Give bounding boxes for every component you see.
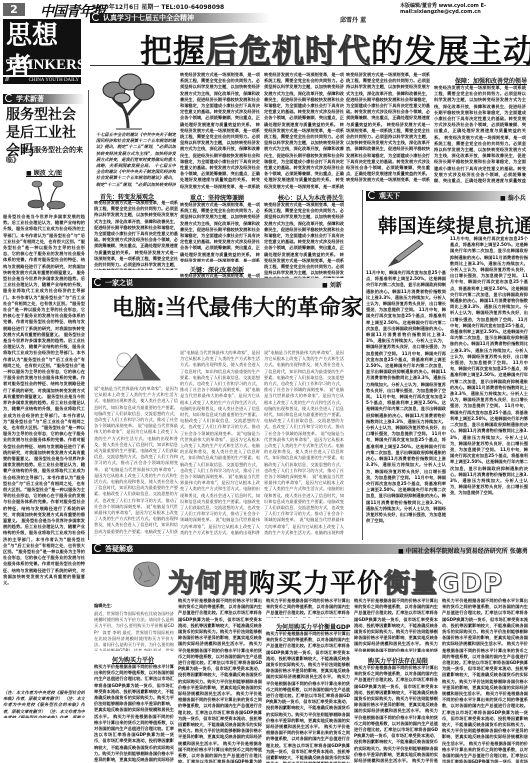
subhead: 核心：以人为本改善民生 [278, 193, 344, 202]
page-number: 2 [3, 3, 25, 16]
headline-rule [90, 65, 530, 66]
swirl-icon [94, 544, 102, 552]
column-rule [88, 90, 89, 540]
academic-subtitle: ——读《服务型社会的来临》 [6, 145, 90, 165]
section-nameplate: 思想者 THINKERS [3, 19, 81, 75]
paper-name-en: CHINA YOUTH DAILY [29, 78, 79, 83]
editor-contact-info: 本版编辑/董音秀 www.cyol.com E-mail:sixiangzhe@… [400, 2, 530, 15]
section-bar-top-feature: 认真学习十七届五中全会精神 [90, 13, 270, 23]
ppp-body: 购买力平价是根据各国不同的价格水平计算出来的货币之间的等值系数，以对各国的国内生… [178, 598, 262, 763]
section-label: 一家之说 [105, 279, 133, 287]
section-bar-opinion: 一家之说 [92, 278, 344, 288]
section-title-cn: 思想者 [6, 20, 81, 84]
computer-body: 说“电脑是当代世界最伟大的革命家”，是因为它从根本上改变了人类的生产方式和生活方… [264, 350, 344, 536]
korea-body: 11月中旬，韩国央行再次宣布加息25个基点，将基准利率上调至2.50%。这是韩国… [366, 270, 446, 540]
subhead: 保障：加强和改善党的领导 [455, 76, 527, 85]
tree-illustration [100, 70, 160, 130]
section-label: 学术新著 [16, 95, 44, 103]
ppp-headline: 为何用购买力平价衡量GDP [168, 563, 503, 600]
korea-headline: 韩国连续提息抗通胀 [378, 211, 530, 238]
paper-english-strip: ///// CHINA YOUTH DAILY [3, 77, 81, 84]
article-column: 转变经济发展方式是一场深刻变革，是一项系统工程，需要全党全社会的共同努力。必须坚… [264, 202, 344, 282]
swirl-icon [92, 13, 100, 21]
subhead: 何为购买力平价 [112, 655, 154, 664]
section-label: 认真学习十七届五中全会精神 [103, 14, 194, 22]
swirl-icon [368, 191, 376, 199]
article-column: 转变经济发展方式是一场深刻变革，是一项系统工程，需要全党全社会的共同努力。必须坚… [434, 85, 526, 183]
feature-intro: 十七届五中全会的建议《中共中央关于制定国民经济和社会发展第十二个五年规划的建议》… [96, 132, 176, 188]
section-label: 观天下 [379, 192, 400, 200]
computer-body: 说“电脑是当代世界最伟大的革命家”，是因为它从根本上改变了人类的生产方式和生活方… [180, 350, 260, 536]
ppp-body: 购买力平价是根据各国不同的价格水平计算出来的货币之间的等值系数，以对各国的国内生… [442, 598, 528, 763]
section-title-en: THINKERS [6, 57, 85, 74]
swirl-icon [5, 94, 13, 102]
slash-decoration-icon: ///// [5, 77, 8, 84]
globe-illustration [130, 560, 162, 588]
reader-label: 编辑先生： [94, 603, 174, 609]
academic-body: 服务型社会是当今世界许多国家发展的趋势。后工业社会理论认为，随着产业结构的升级，… [3, 214, 85, 684]
headline-outline-part: 为何用 [168, 569, 249, 599]
pencil-illustration [385, 238, 425, 268]
swirl-icon [94, 278, 102, 286]
article-column: 转变经济发展方式是一场深刻变革，是一项系统工程，需要全党全社会的共同努力。必须坚… [180, 202, 260, 262]
article-column: 转变经济发展方式是一场深刻变革，是一项系统工程，需要全党全社会的共同努力。必须坚… [94, 200, 178, 270]
byline: ■ 刘新 [322, 280, 342, 289]
byline: 邱雪丹 蓝 [340, 15, 366, 24]
column-rule [362, 190, 363, 540]
computer-body: 说“电脑是当代世界最伟大的革命家”，是因为它从根本上改变了人类的生产方式和生活方… [94, 386, 178, 536]
computer-headline: 电脑:当代最伟大的革命家 [112, 291, 363, 322]
section-bar-academic: 学术新著 [3, 94, 85, 104]
flower-illustration [28, 176, 68, 210]
byline: ■ 翁小兵 [500, 193, 526, 202]
article-column: 转变经济发展方式是一场深刻变革，是一项系统工程，需要全党全社会的共同努力。必须坚… [180, 72, 260, 190]
subhead: 购买力平价法存在局限 [368, 656, 428, 665]
academic-footnote: （注：本文作者为中央党校《服务型社会的来临》作者，原载文章有删节） （注：本文作… [3, 690, 85, 718]
article-column: 转变经济发展方式是一场深刻变革，是一项系统工程，需要全党全社会的共同努力。必须坚… [346, 72, 430, 182]
mountain-illustration [110, 350, 164, 382]
subhead: 重点：坚持统筹兼顾 [190, 193, 244, 202]
article-column: 转变经济发展方式是一场深刻变革，是一项系统工程，需要全党全社会的共同努力。必须坚… [264, 72, 344, 190]
ppp-body: 购买力平价是根据各国不同的价格水平计算出来的货币之间的等值系数，以对各国的国内生… [354, 598, 438, 652]
korea-body: 11月中旬，韩国央行再次宣布加息25个基点，将基准利率上调至2.50%。这是韩国… [450, 236, 528, 540]
byline: ■ 中国社会科学院财政与贸易经济研究所 张德勇 [398, 546, 528, 555]
reader-question: 最近，世界银行等国际机构在比较各国经济规模时使用购买力平价方法。请问什么是购买力… [94, 611, 174, 651]
date-line: 2010年12月6日 星期一 TEL:010-64098098 [92, 2, 224, 11]
ppp-body: 购买力平价是根据各国不同的价格水平计算出来的货币之间的等值系数，以对各国的国内生… [266, 631, 350, 763]
headline-outline-part: 衡量GDP [384, 569, 503, 599]
subhead: 为何用购买力平价衡量GDP [276, 622, 350, 631]
ppp-body: 购买力平价是根据各国不同的价格水平计算出来的货币之间的等值系数，以对各国的国内生… [266, 598, 350, 618]
ppp-body: 购买力平价是根据各国不同的价格水平计算出来的货币之间的等值系数，以对各国的国内生… [354, 665, 438, 763]
ppp-body: 购买力平价是根据各国不同的价格水平计算出来的货币之间的等值系数，以对各国的国内生… [94, 664, 174, 763]
headline-part: 购买力平价 [249, 569, 384, 599]
section-label: 答疑解惑 [105, 545, 133, 553]
